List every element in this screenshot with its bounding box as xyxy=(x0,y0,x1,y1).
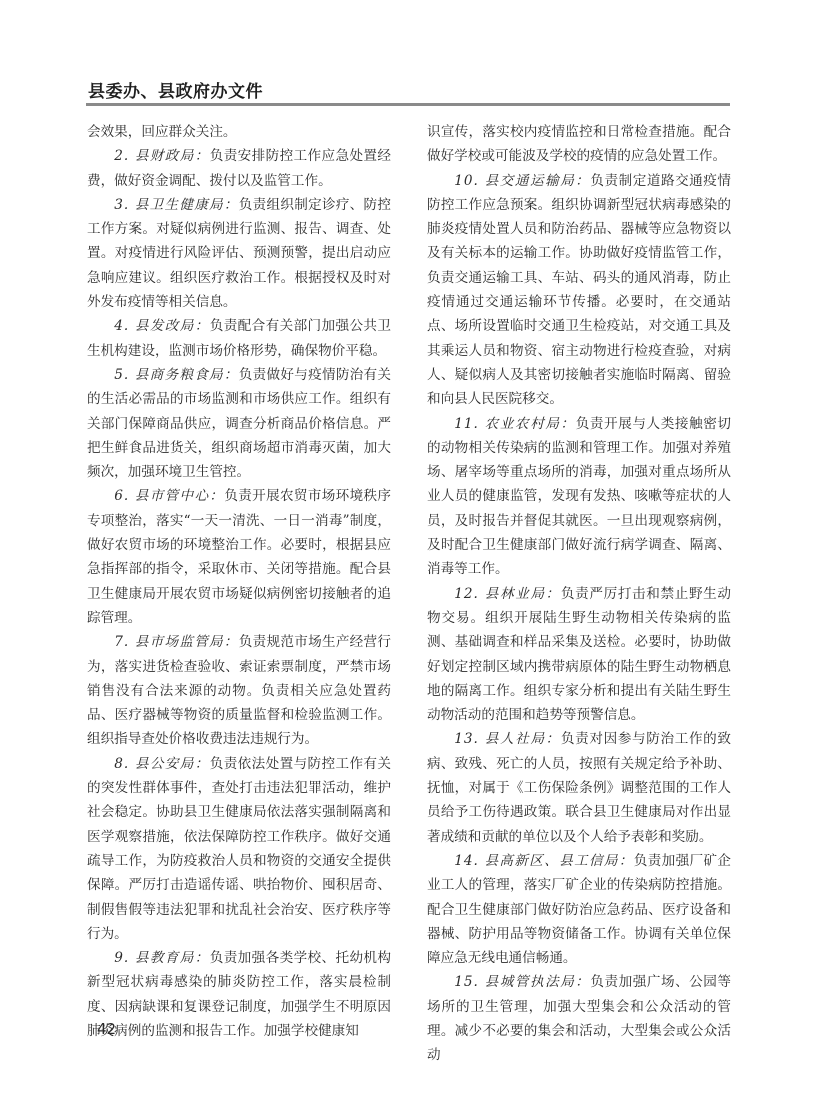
department-label: 6. 县市管中心： xyxy=(114,488,224,504)
paragraph-text: 负责组织制定诊疗、防控工作方案。对疑似病例进行监测、报告、调查、处置。对疫情进行… xyxy=(87,197,391,310)
paragraph-item-12: 12. 县林业局：负责严厉打击和禁止野生动物交易。组织开展陆生野生动物相关传染病… xyxy=(427,582,731,728)
department-label: 9. 县教育局： xyxy=(114,950,210,966)
paragraph-continuation: 会效果，回应群众关注。 xyxy=(87,120,391,144)
department-label: 10. 县交通运输局： xyxy=(454,173,590,189)
paragraph-item-7: 7. 县市场监管局：负责规范市场生产经营行为，落实进货检查验收、索证索票制度，严… xyxy=(87,630,391,751)
paragraph-text: 会效果，回应群众关注。 xyxy=(87,124,237,140)
department-label: 11. 农业农村局： xyxy=(454,416,576,432)
paragraph-text: 负责制定道路交通疫情防控工作应急预案。组织协调新型冠状病毒感染的肺炎疫情处置人员… xyxy=(427,173,731,408)
department-label: 3. 县卫生健康局： xyxy=(114,197,239,213)
paragraph-item-10: 10. 县交通运输局：负责制定道路交通疫情防控工作应急预案。组织协调新型冠状病毒… xyxy=(427,169,731,412)
paragraph-item-2: 2. 县财政局：负责安排防控工作应急处置经费，做好资金调配、拨付以及监管工作。 xyxy=(87,144,391,193)
paragraph-text: 负责规范市场生产经营行为，落实进货检查验收、索证索票制度，严禁市场销售没有合法来… xyxy=(87,634,391,747)
paragraph-item-8: 8. 县公安局：负责依法处置与防控工作有关的突发性群体事件，查处打击违法犯罪活动… xyxy=(87,752,391,946)
department-label: 12. 县林业局： xyxy=(454,586,561,602)
department-label: 14. 县高新区、县工信局： xyxy=(454,853,634,869)
paragraph-text: 负责加强厂矿企业工人的管理，落实厂矿企业的传染病防控措施。配合卫生健康部门做好防… xyxy=(427,853,731,966)
paragraph-item-13: 13. 县人社局：负责对因参与防治工作的致病、致残、死亡的人员，按照有关规定给予… xyxy=(427,727,731,848)
department-label: 2. 县财政局： xyxy=(114,148,210,164)
paragraph-text: 负责做好与疫情防治有关的生活必需品的市场监测和市场供应工作。组织有关部门保障商品… xyxy=(87,367,391,480)
department-label: 15. 县城管执法局： xyxy=(454,974,590,990)
paragraph-item-11: 11. 农业农村局：负责开展与人类接触密切的动物相关传染病的监测和管理工作。加强… xyxy=(427,412,731,582)
department-label: 7. 县市场监管局： xyxy=(114,634,239,650)
paragraph-continuation: 识宣传，落实校内疫情监控和日常检查措施。配合做好学校或可能波及学校的疫情的应急处… xyxy=(427,120,731,169)
header-divider xyxy=(86,103,730,106)
paragraph-item-6: 6. 县市管中心：负责开展农贸市场环境秩序专项整治，落实“一天一清洗、一日一消毒… xyxy=(87,484,391,630)
paragraph-text: 负责依法处置与防控工作有关的突发性群体事件，查处打击违法犯罪活动，维护社会稳定。… xyxy=(87,756,391,942)
department-label: 5. 县商务粮食局： xyxy=(114,367,239,383)
paragraph-text: 负责开展农贸市场环境秩序专项整治，落实“一天一清洗、一日一消毒”制度，做好农贸市… xyxy=(87,488,391,625)
paragraph-item-15: 15. 县城管执法局：负责加强广场、公园等场所的卫生管理，加强大型集会和公众活动… xyxy=(427,970,731,1067)
department-label: 13. 县人社局： xyxy=(454,731,561,747)
paragraph-item-14: 14. 县高新区、县工信局：负责加强厂矿企业工人的管理，落实厂矿企业的传染病防控… xyxy=(427,849,731,970)
page-number: 42 xyxy=(97,1020,116,1038)
department-label: 4. 县发改局： xyxy=(114,318,210,334)
paragraph-item-3: 3. 县卫生健康局：负责组织制定诊疗、防控工作方案。对疑似病例进行监测、报告、调… xyxy=(87,193,391,314)
paragraph-item-9: 9. 县教育局：负责加强各类学校、托幼机构新型冠状病毒感染的肺炎防控工作，落实晨… xyxy=(87,946,391,1043)
right-column: 识宣传，落实校内疫情监控和日常检查措施。配合做好学校或可能波及学校的疫情的应急处… xyxy=(427,120,731,1068)
department-label: 8. 县公安局： xyxy=(114,756,210,772)
paragraph-text: 负责开展与人类接触密切的动物相关传染病的监测和管理工作。加强对养殖场、屠宰场等重… xyxy=(427,416,731,578)
running-header-title: 县委办、县政府办文件 xyxy=(88,77,263,102)
paragraph-text: 识宣传，落实校内疫情监控和日常检查措施。配合做好学校或可能波及学校的疫情的应急处… xyxy=(427,124,731,164)
paragraph-item-4: 4. 县发改局：负责配合有关部门加强公共卫生机构建设，监测市场价格形势，确保物价… xyxy=(87,314,391,363)
paragraph-text: 负责对因参与防治工作的致病、致残、死亡的人员，按照有关规定给予补助、抚恤，对属于… xyxy=(427,731,731,844)
left-column: 会效果，回应群众关注。 2. 县财政局：负责安排防控工作应急处置经费，做好资金调… xyxy=(87,120,391,1043)
paragraph-text: 负责严厉打击和禁止野生动物交易。组织开展陆生野生动物相关传染病的监测、基础调查和… xyxy=(427,586,731,723)
paragraph-item-5: 5. 县商务粮食局：负责做好与疫情防治有关的生活必需品的市场监测和市场供应工作。… xyxy=(87,363,391,484)
